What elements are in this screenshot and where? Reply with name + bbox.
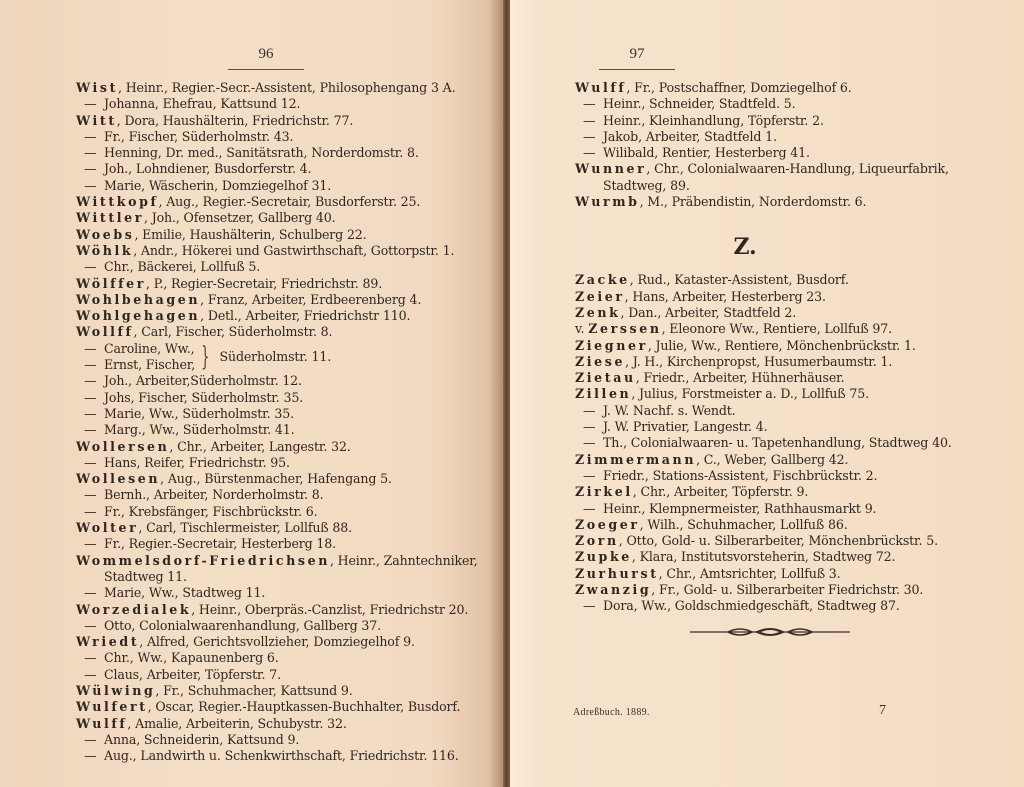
entry-details: Wilibald, Rentier, Hesterberg 41.: [603, 145, 810, 160]
entry-details: , Joh., Ofensetzer, Gallberg 40.: [144, 210, 335, 225]
directory-sub-entry: —Th., Colonialwaaren- u. Tapetenhandlung…: [575, 435, 952, 451]
directory-entry: Woebs, Emilie, Haushälterin, Schulberg 2…: [76, 227, 478, 243]
directory-entry: Wohlgehagen, Detl., Arbeiter, Friedrichs…: [76, 308, 478, 324]
entry-details: Marie, Wäscherin, Domziegelhof 31.: [104, 178, 331, 193]
directory-entry: Zeier, Hans, Arbeiter, Hesterberg 23.: [575, 289, 952, 305]
dash-icon: —: [583, 403, 603, 419]
shared-address: Süderholmstr. 11.: [220, 349, 332, 365]
directory-entry: Wulfert, Oscar, Regier.-Hauptkassen-Buch…: [76, 699, 478, 715]
directory-entry: Wulff, Fr., Postschaffner, Domziegelhof …: [575, 80, 952, 96]
entry-details: Caroline, Ww.,: [104, 341, 195, 356]
directory-sub-entry: —Joh., Arbeiter,Süderholmstr. 12.: [76, 373, 478, 389]
entry-details: , Fr., Gold- u. Silberarbeiter Fiedrichs…: [651, 582, 923, 597]
directory-entry: Wittler, Joh., Ofensetzer, Gallberg 40.: [76, 210, 478, 226]
directory-sub-entry: —Otto, Colonialwaarenhandlung, Gallberg …: [76, 618, 478, 634]
surname: Worzedialek: [76, 602, 191, 617]
surname: Wöhlk: [76, 243, 133, 258]
entry-details: , Eleonore Ww., Rentiere, Lollfuß 97.: [662, 321, 892, 336]
dash-icon: —: [583, 598, 603, 614]
entry-details: Heinr., Schneider, Stadtfeld. 5.: [603, 96, 796, 111]
directory-entry: Wollersen, Chr., Arbeiter, Langestr. 32.: [76, 439, 478, 455]
surname: Ziese: [575, 354, 625, 369]
entry-details: Otto, Colonialwaarenhandlung, Gallberg 3…: [104, 618, 381, 633]
entry-details: , Amalie, Arbeiterin, Schubystr. 32.: [127, 716, 346, 731]
entry-details: Heinr., Kleinhandlung, Töpferstr. 2.: [603, 113, 824, 128]
directory-entry: Wunner, Chr., Colonialwaaren-Handlung, L…: [575, 161, 952, 177]
entry-details: , Andr., Hökerei und Gastwirthschaft, Go…: [133, 243, 454, 258]
entry-continuation: Stadtweg, 89.: [575, 178, 952, 194]
left-page: 96 Wist, Heinr., Regier.-Secr.-Assistent…: [0, 0, 503, 787]
directory-entry: Zwanzig, Fr., Gold- u. Silberarbeiter Fi…: [575, 582, 952, 598]
directory-entry: Wriedt, Alfred, Gerichtsvollzieher, Domz…: [76, 634, 478, 650]
entry-continuation: Stadtweg 11.: [76, 569, 478, 585]
dash-icon: —: [583, 501, 603, 517]
directory-entry: Zimmermann, C., Weber, Gallberg 42.: [575, 452, 952, 468]
directory-sub-entry: —Friedr., Stations-Assistent, Fischbrück…: [575, 468, 952, 484]
directory-sub-entry: —Chr., Bäckerei, Lollfuß 5.: [76, 259, 478, 275]
directory-sub-entry: —Heinr., Klempnermeister, Rathhausmarkt …: [575, 501, 952, 517]
dash-icon: —: [84, 667, 104, 683]
entry-details: , Julie, Ww., Rentiere, Mönchenbrückstr.…: [648, 338, 916, 353]
entry-details: Marg., Ww., Süderholmstr. 41.: [104, 422, 295, 437]
surname: Wittkopf: [76, 194, 159, 209]
surname: Woebs: [76, 227, 134, 242]
entry-details: , Friedr., Arbeiter, Hühnerhäuser.: [636, 370, 845, 385]
directory-entry: Wurmb, M., Präbendistin, Norderdomstr. 6…: [575, 194, 952, 210]
directory-entry: Zurhurst, Chr., Amtsrichter, Lollfuß 3.: [575, 566, 952, 582]
entry-details: , Carl, Tischlermeister, Lollfuß 88.: [138, 520, 352, 535]
surname: Wulff: [575, 80, 626, 95]
entry-details: , Rud., Kataster-Assistent, Busdorf.: [630, 272, 849, 287]
surname: Zerssen: [588, 321, 661, 336]
entry-details: , Chr., Arbeiter, Langestr. 32.: [169, 439, 350, 454]
dash-icon: —: [583, 145, 603, 161]
surname: Zurhurst: [575, 566, 659, 581]
directory-sub-entry: —Marg., Ww., Süderholmstr. 41.: [76, 422, 478, 438]
entry-details: J. W. Nachf. s. Wendt.: [603, 403, 736, 418]
surname: Wohlgehagen: [76, 308, 200, 323]
surname: Wülwing: [76, 683, 155, 698]
directory-entry: Wommelsdorf-Friedrichsen, Heinr., Zahnte…: [76, 553, 478, 569]
surname: Zimmermann: [575, 452, 696, 467]
book-spine: [503, 0, 510, 787]
surname: Zillen: [575, 386, 631, 401]
directory-entry: Ziegner, Julie, Ww., Rentiere, Mönchenbr…: [575, 338, 952, 354]
entry-details: Fr., Krebsfänger, Fischbrückstr. 6.: [104, 504, 317, 519]
entry-details: , Oscar, Regier.-Hauptkassen-Buchhalter,…: [148, 699, 461, 714]
dash-icon: —: [84, 178, 104, 194]
directory-sub-entry: —Joh., Lohndiener, Busdorferstr. 4.: [76, 161, 478, 177]
directory-entries: Wulff, Fr., Postschaffner, Domziegelhof …: [575, 80, 952, 615]
entry-details: , M., Präbendistin, Norderdomstr. 6.: [640, 194, 867, 209]
entry-details: Anna, Schneiderin, Kattsund 9.: [104, 732, 299, 747]
dash-icon: —: [84, 96, 104, 112]
entry-details: Henning, Dr. med., Sanitätsrath, Norderd…: [104, 145, 419, 160]
surname: Zupke: [575, 549, 632, 564]
surname: Wohlbehagen: [76, 292, 200, 307]
directory-entry: Ziese, J. H., Kirchenpropst, Husumerbaum…: [575, 354, 952, 370]
dash-icon: —: [583, 129, 603, 145]
dash-icon: —: [84, 390, 104, 406]
entry-details: Chr., Bäckerei, Lollfuß 5.: [104, 259, 260, 274]
entry-details: Fr., Fischer, Süderholmstr. 43.: [104, 129, 293, 144]
directory-sub-entry: —Ernst, Fischer,: [76, 357, 195, 373]
surname: Wolter: [76, 520, 138, 535]
directory-entry: Wulff, Amalie, Arbeiterin, Schubystr. 32…: [76, 716, 478, 732]
surname: Zacke: [575, 272, 630, 287]
entry-details: , Fr., Schuhmacher, Kattsund 9.: [155, 683, 352, 698]
directory-sub-entry: —J. W. Privatier, Langestr. 4.: [575, 419, 952, 435]
surname: Wulfert: [76, 699, 148, 714]
directory-entry: Wöhlk, Andr., Hökerei und Gastwirthschaf…: [76, 243, 478, 259]
entry-details: Stadtweg, 89.: [603, 178, 690, 193]
entry-details: Jakob, Arbeiter, Stadtfeld 1.: [603, 129, 777, 144]
surname: Zenk: [575, 305, 621, 320]
entry-details: , Fr., Postschaffner, Domziegelhof 6.: [626, 80, 851, 95]
directory-sub-entry: —Johanna, Ehefrau, Kattsund 12.: [76, 96, 478, 112]
entry-details: , Chr., Colonialwaaren-Handlung, Liqueur…: [646, 161, 949, 176]
dash-icon: —: [583, 113, 603, 129]
directory-sub-entry: —Jakob, Arbeiter, Stadtfeld 1.: [575, 129, 952, 145]
entry-details: Claus, Arbeiter, Töpferstr. 7.: [104, 667, 281, 682]
page-number: 97: [592, 46, 682, 70]
dash-icon: —: [84, 504, 104, 520]
entry-details: , Julius, Forstmeister a. D., Lollfuß 75…: [631, 386, 869, 401]
surname: Wollff: [76, 324, 134, 339]
directory-sub-entry: —Marie, Wäscherin, Domziegelhof 31.: [76, 178, 478, 194]
name-prefix: v.: [575, 321, 588, 336]
entry-details: Bernh., Arbeiter, Norderholmstr. 8.: [104, 487, 324, 502]
surname: Wriedt: [76, 634, 139, 649]
entry-details: , C., Weber, Gallberg 42.: [696, 452, 848, 467]
footer-title: Adreßbuch. 1889.: [573, 707, 650, 718]
directory-entry: Zupke, Klara, Institutsvorsteherin, Stad…: [575, 549, 952, 565]
surname: Zietau: [575, 370, 636, 385]
dash-icon: —: [84, 536, 104, 552]
entries-w: Wulff, Fr., Postschaffner, Domziegelhof …: [575, 80, 952, 210]
dash-icon: —: [84, 748, 104, 764]
directory-entry: Wollesen, Aug., Bürstenmacher, Hafengang…: [76, 471, 478, 487]
surname: Wurmb: [575, 194, 640, 209]
directory-entry: Zorn, Otto, Gold- u. Silberarbeiter, Mön…: [575, 533, 952, 549]
directory-entry: Wohlbehagen, Franz, Arbeiter, Erdbeerenb…: [76, 292, 478, 308]
directory-sub-entry: —Anna, Schneiderin, Kattsund 9.: [76, 732, 478, 748]
dash-icon: —: [84, 650, 104, 666]
dash-icon: —: [84, 406, 104, 422]
entry-details: Hans, Reifer, Friedrichstr. 95.: [104, 455, 290, 470]
entry-details: , Heinr., Zahntechniker,: [330, 553, 478, 568]
surname: Wittler: [76, 210, 144, 225]
dash-icon: —: [583, 96, 603, 112]
directory-sub-entry: —Claus, Arbeiter, Töpferstr. 7.: [76, 667, 478, 683]
right-page: 97 Wulff, Fr., Postschaffner, Domziegelh…: [510, 0, 1024, 787]
entry-details: , Carl, Fischer, Süderholmstr. 8.: [134, 324, 333, 339]
surname: Zirkel: [575, 484, 633, 499]
dash-icon: —: [84, 618, 104, 634]
entry-details: J. W. Privatier, Langestr. 4.: [603, 419, 767, 434]
directory-sub-entry: —Aug., Landwirth u. Schenkwirthschaft, F…: [76, 748, 478, 764]
dash-icon: —: [84, 161, 104, 177]
directory-entry: Witt, Dora, Haushälterin, Friedrichstr. …: [76, 113, 478, 129]
entry-details: , Dora, Haushälterin, Friedrichstr. 77.: [117, 113, 353, 128]
surname: Wommelsdorf-Friedrichsen: [76, 553, 330, 568]
entry-details: Fr., Regier.-Secretair, Hesterberg 18.: [104, 536, 336, 551]
entry-details: , Klara, Institutsvorsteherin, Stadtweg …: [632, 549, 895, 564]
surname: Zorn: [575, 533, 619, 548]
entry-details: , J. H., Kirchenpropst, Husumerbaumstr. …: [625, 354, 892, 369]
directory-sub-entry: —Fr., Fischer, Süderholmstr. 43.: [76, 129, 478, 145]
entry-details: , Aug., Regier.-Secretair, Busdorferstr.…: [159, 194, 421, 209]
entry-details: Joh., Arbeiter,Süderholmstr. 12.: [104, 373, 302, 388]
entry-details: , Hans, Arbeiter, Hesterberg 23.: [625, 289, 826, 304]
directory-entry: Worzedialek, Heinr., Oberpräs.-Canzlist,…: [76, 602, 478, 618]
dash-icon: —: [583, 468, 603, 484]
directory-entry: Zacke, Rud., Kataster-Assistent, Busdorf…: [575, 272, 952, 288]
dash-icon: —: [84, 373, 104, 389]
entry-details: , Aug., Bürstenmacher, Hafengang 5.: [160, 471, 392, 486]
entry-details: Joh., Lohndiener, Busdorferstr. 4.: [104, 161, 311, 176]
directory-sub-entry: —Caroline, Ww.,: [76, 341, 195, 357]
entry-details: Johanna, Ehefrau, Kattsund 12.: [104, 96, 300, 111]
directory-sub-entry: —Fr., Krebsfänger, Fischbrückstr. 6.: [76, 504, 478, 520]
dash-icon: —: [84, 129, 104, 145]
directory-sub-entry: —Fr., Regier.-Secretair, Hesterberg 18.: [76, 536, 478, 552]
surname: Witt: [76, 113, 117, 128]
directory-sub-entry: —Heinr., Kleinhandlung, Töpferstr. 2.: [575, 113, 952, 129]
dash-icon: —: [84, 145, 104, 161]
entry-details: Johs, Fischer, Süderholmstr. 35.: [104, 390, 303, 405]
surname: Zwanzig: [575, 582, 651, 597]
ornament-rule-icon: [690, 625, 850, 639]
dash-icon: —: [84, 259, 104, 275]
entry-details: , Emilie, Haushälterin, Schulberg 22.: [134, 227, 366, 242]
entry-details: , Chr., Arbeiter, Töpferstr. 9.: [633, 484, 808, 499]
directory-sub-entry: —Wilibald, Rentier, Hesterberg 41.: [575, 145, 952, 161]
entry-details: Aug., Landwirth u. Schenkwirthschaft, Fr…: [104, 748, 459, 763]
page-number: 96: [221, 46, 311, 70]
entry-details: Ernst, Fischer,: [104, 357, 195, 372]
entry-details: Marie, Ww., Stadtweg 11.: [104, 585, 265, 600]
directory-entry: Zoeger, Wilh., Schuhmacher, Lollfuß 86.: [575, 517, 952, 533]
directory-sub-entry: —Johs, Fischer, Süderholmstr. 35.: [76, 390, 478, 406]
directory-sub-entry: —Bernh., Arbeiter, Norderholmstr. 8.: [76, 487, 478, 503]
dash-icon: —: [84, 732, 104, 748]
entry-details: , Alfred, Gerichtsvollzieher, Domziegelh…: [139, 634, 415, 649]
entry-details: , Chr., Amtsrichter, Lollfuß 3.: [659, 566, 841, 581]
directory-entry: Zirkel, Chr., Arbeiter, Töpferstr. 9.: [575, 484, 952, 500]
brace-icon: }: [201, 343, 209, 371]
directory-entry: Wolter, Carl, Tischlermeister, Lollfuß 8…: [76, 520, 478, 536]
directory-sub-entry: —Dora, Ww., Goldschmiedgeschäft, Stadtwe…: [575, 598, 952, 614]
entry-details: , Dan., Arbeiter, Stadtfeld 2.: [621, 305, 797, 320]
directory-entry: Wist, Heinr., Regier.-Secr.-Assistent, P…: [76, 80, 478, 96]
dash-icon: —: [84, 357, 104, 373]
directory-entry: Wittkopf, Aug., Regier.-Secretair, Busdo…: [76, 194, 478, 210]
dash-icon: —: [84, 422, 104, 438]
surname: Wollersen: [76, 439, 169, 454]
entry-details: , Detl., Arbeiter, Friedrichstr 110.: [200, 308, 410, 323]
dash-icon: —: [84, 487, 104, 503]
directory-entry: Wülwing, Fr., Schuhmacher, Kattsund 9.: [76, 683, 478, 699]
directory-sub-entry: —Chr., Ww., Kapaunenberg 6.: [76, 650, 478, 666]
dash-icon: —: [583, 419, 603, 435]
directory-sub-entry: —Marie, Ww., Stadtweg 11.: [76, 585, 478, 601]
directory-sub-entry: —Heinr., Schneider, Stadtfeld. 5.: [575, 96, 952, 112]
entry-details: , Otto, Gold- u. Silberarbeiter, Mönchen…: [619, 533, 938, 548]
directory-sub-entry: —J. W. Nachf. s. Wendt.: [575, 403, 952, 419]
section-heading: Z.: [575, 224, 915, 268]
grouped-lines: —Caroline, Ww.,—Ernst, Fischer,: [76, 341, 195, 374]
entry-details: , Wilh., Schuhmacher, Lollfuß 86.: [640, 517, 848, 532]
entry-details: Dora, Ww., Goldschmiedgeschäft, Stadtweg…: [603, 598, 900, 613]
directory-entry: v. Zerssen, Eleonore Ww., Rentiere, Loll…: [575, 321, 952, 337]
book-spread: 96 Wist, Heinr., Regier.-Secr.-Assistent…: [0, 0, 1024, 787]
directory-entries: Wist, Heinr., Regier.-Secr.-Assistent, P…: [76, 80, 478, 764]
surname: Wunner: [575, 161, 646, 176]
signature-mark: 7: [879, 703, 886, 719]
directory-entry: Zietau, Friedr., Arbeiter, Hühnerhäuser.: [575, 370, 952, 386]
entry-details: Marie, Ww., Süderholmstr. 35.: [104, 406, 294, 421]
surname: Ziegner: [575, 338, 648, 353]
entry-details: Heinr., Klempnermeister, Rathhausmarkt 9…: [603, 501, 876, 516]
directory-entry: Zillen, Julius, Forstmeister a. D., Loll…: [575, 386, 952, 402]
dash-icon: —: [84, 585, 104, 601]
surname: Wollesen: [76, 471, 160, 486]
entry-details: , Heinr., Regier.-Secr.-Assistent, Philo…: [118, 80, 455, 95]
entry-details: Chr., Ww., Kapaunenberg 6.: [104, 650, 279, 665]
directory-entry: Wollff, Carl, Fischer, Süderholmstr. 8.: [76, 324, 478, 340]
dash-icon: —: [583, 435, 603, 451]
directory-sub-entry: —Marie, Ww., Süderholmstr. 35.: [76, 406, 478, 422]
surname: Wölffer: [76, 276, 146, 291]
directory-sub-entry: —Hans, Reifer, Friedrichstr. 95.: [76, 455, 478, 471]
directory-entry: Zenk, Dan., Arbeiter, Stadtfeld 2.: [575, 305, 952, 321]
surname: Wulff: [76, 716, 127, 731]
entry-details: Stadtweg 11.: [104, 569, 187, 584]
dash-icon: —: [84, 341, 104, 357]
directory-entry: Wölffer, P., Regier-Secretair, Friedrich…: [76, 276, 478, 292]
surname: Zeier: [575, 289, 625, 304]
entries-z: Zacke, Rud., Kataster-Assistent, Busdorf…: [575, 272, 952, 614]
grouped-entries: —Caroline, Ww.,—Ernst, Fischer,}Süderhol…: [76, 341, 478, 374]
surname: Wist: [76, 80, 118, 95]
dash-icon: —: [84, 455, 104, 471]
entry-details: Th., Colonialwaaren- u. Tapetenhandlung,…: [603, 435, 952, 450]
entry-details: , Franz, Arbeiter, Erdbeerenberg 4.: [200, 292, 421, 307]
entry-details: Friedr., Stations-Assistent, Fischbrücks…: [603, 468, 877, 483]
entry-details: , P., Regier-Secretair, Friedrichstr. 89…: [146, 276, 382, 291]
entry-details: , Heinr., Oberpräs.-Canzlist, Friedrichs…: [191, 602, 468, 617]
directory-sub-entry: —Henning, Dr. med., Sanitätsrath, Norder…: [76, 145, 478, 161]
surname: Zoeger: [575, 517, 640, 532]
